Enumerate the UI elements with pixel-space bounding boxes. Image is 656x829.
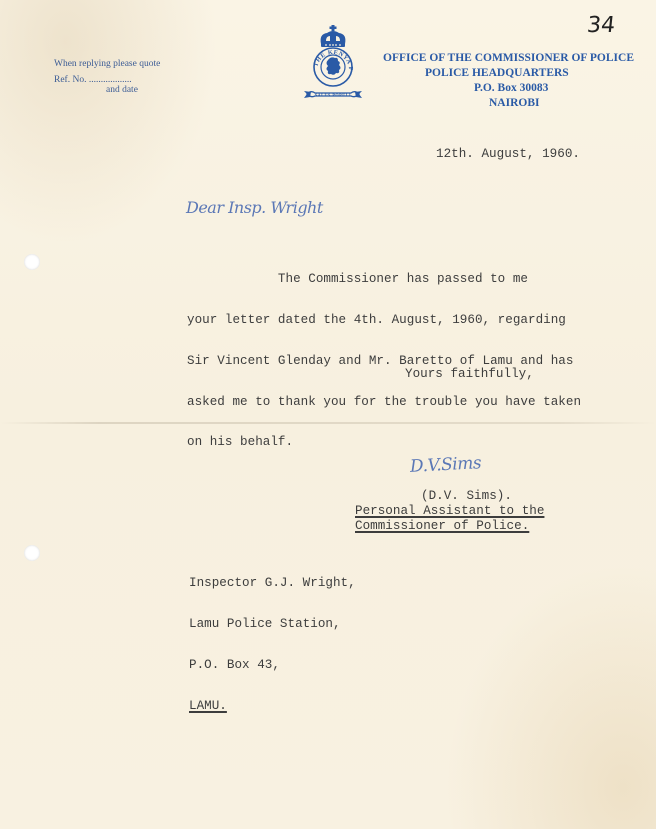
recipient-line1: Inspector G.J. Wright, <box>189 577 356 591</box>
punch-hole-top <box>24 254 40 270</box>
body-line: on his behalf. <box>187 436 581 450</box>
office-line4: NAIROBI <box>383 96 633 111</box>
page-number: 34 <box>586 13 617 38</box>
signatory-title-line1: Personal Assistant to the <box>355 505 544 519</box>
body-line: your letter dated the 4th. August, 1960,… <box>187 314 581 328</box>
office-address: OFFICE OF THE COMMISSIONER OF POLICE POL… <box>383 51 633 111</box>
body-line: asked me to thank you for the trouble yo… <box>187 396 581 410</box>
office-line3: P.O. Box 30083 <box>383 81 633 96</box>
letter-date: 12th. August, 1960. <box>436 148 580 162</box>
handwritten-salutation: Dear Insp. Wright <box>186 198 323 217</box>
office-line2: POLICE HEADQUARTERS <box>383 66 633 81</box>
signatory-name: (D.V. Sims). <box>421 490 512 504</box>
closing: Yours faithfully, <box>405 368 534 382</box>
letter-body: The Commissioner has passed to me your l… <box>187 246 581 464</box>
recipient-line4: LAMU. <box>189 700 356 714</box>
recipient-line2: Lamu Police Station, <box>189 618 356 632</box>
kenya-police-crest-icon: THE KENYA POLICE SALUS POPULI <box>301 24 365 104</box>
punch-hole-bottom <box>24 545 40 561</box>
svg-text:SALUS POPULI: SALUS POPULI <box>315 92 351 97</box>
reply-note: When replying please quote Ref. No. ....… <box>54 57 160 97</box>
signatory-title-line2: Commissioner of Police. <box>355 520 529 534</box>
recipient-address: Inspector G.J. Wright, Lamu Police Stati… <box>189 550 356 727</box>
office-line1: OFFICE OF THE COMMISSIONER OF POLICE <box>383 51 633 66</box>
reply-note-line1: When replying please quote <box>54 57 160 71</box>
body-line: The Commissioner has passed to me <box>187 273 581 287</box>
recipient-line3: P.O. Box 43, <box>189 659 356 673</box>
handwritten-signature: D.V.Sims <box>410 453 482 477</box>
